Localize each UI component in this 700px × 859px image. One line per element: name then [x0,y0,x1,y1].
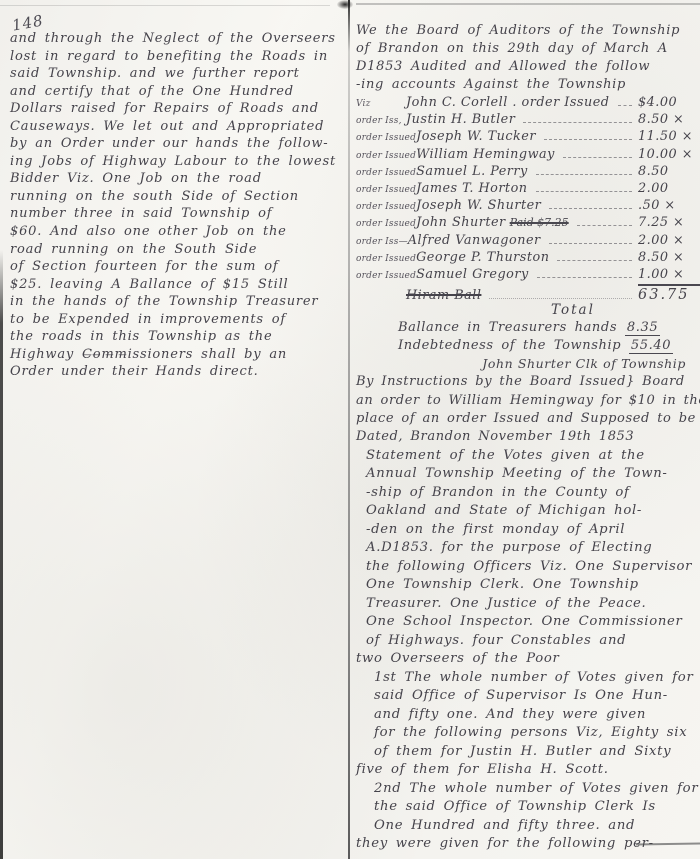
handwritten-line: the said Office of Township Clerk Is [356,798,700,817]
order-issued-annotation: order Issued [356,254,416,264]
handwritten-line: road running on the South Side [10,241,344,259]
amount-value: 8.50 [638,164,700,179]
page-149: 149 We the Board of Auditors of the Town… [354,0,700,859]
balance-value: 8.35 [625,320,660,336]
handwritten-line: number three in said Township of [10,205,344,223]
leader-line [537,277,632,278]
payee-name: Samuel Gregory [416,267,529,282]
handwritten-line: Treasurer. One Justice of the Peace. [356,595,700,614]
amount-value: 1.00 × [638,267,700,282]
auditors-intro-paragraph: We the Board of Auditors of the Township… [356,22,700,94]
handwritten-line: said Township. and we further report [10,65,344,83]
leader-line [563,157,632,158]
ledger-row: order Issued Joseph W. Shurter .50 × [356,198,700,215]
handwritten-line: Order under their Hands direct. [10,363,344,381]
amount-value: 8.50 × [638,250,700,265]
handwritten-line: the following Officers Viz. One Supervis… [356,558,700,577]
payee-name: George P. Thurston [416,250,549,265]
payee-name: Justin H. Butler [406,112,515,127]
handwritten-line: Causeways. We let out and Appropriated [10,118,344,136]
scan-top-edge-left [0,5,330,6]
indebtedness-label: Indebtedness of the Township [398,338,621,353]
leader-line [523,122,632,123]
board-instructions-paragraph: By Instructions by the Board Issued} Boa… [356,373,700,447]
payee-name-struck: Hiram Ball [406,288,481,303]
left-page-text: and through the Neglect of the Overseers… [10,30,344,381]
payee-name: Joseph W. Shurter [416,198,541,213]
leader-line [549,243,632,244]
handwritten-line: of Brandon on this 29th day of March A [356,40,700,58]
leader-line [557,260,632,261]
ledger-row: order Iss, Justin H. Butler 8.50 × [356,112,700,129]
handwritten-line: One School Inspector. One Commissioner [356,613,700,632]
handwritten-line: Annual Township Meeting of the Town- [356,465,700,484]
handwritten-line: to be Expended in improvements of [10,311,344,329]
leader-line [536,174,632,175]
order-issued-annotation: order Issued [356,151,416,161]
handwritten-line: Highway C̶o̶m̶m̶issioners shall by an [10,346,344,364]
leader-line [549,208,632,209]
amount-value: 2.00 [638,181,700,196]
handwritten-line: an order to William Hemingway for $10 in… [356,392,700,410]
handwritten-line: in the hands of the Township Treasurer [10,293,344,311]
handwritten-line: running on the south Side of Section [10,188,344,206]
ledger-row: order Issued William Hemingway 10.00 × [356,147,700,164]
amount-value: 63.75 [638,284,700,303]
payee-name: Alfred Vanwagoner [408,233,541,248]
payee-name: Joseph W. Tucker [416,129,536,144]
ledger-row: order Iss— Alfred Vanwagoner 2.00 × [356,233,700,250]
leader-line [577,225,632,226]
handwritten-line: Statement of the Votes given at the [356,447,700,466]
handwritten-line: of Section fourteen for the sum of [10,258,344,276]
handwritten-line: place of an order Issued and Supposed to… [356,410,700,428]
amount-value: 8.50 × [638,112,700,127]
handwritten-line: of them for Justin H. Butler and Sixty [356,743,700,762]
handwritten-line: Bidder Viz. One Job on the road [10,170,344,188]
payee-name: William Hemingway [416,147,555,162]
order-issued-annotation: order Issued [356,271,416,281]
statement-of-votes: Statement of the Votes given at the Annu… [356,447,700,854]
handwritten-line: five of them for Elisha H. Scott. [356,761,700,780]
total-label: Total [356,301,700,319]
ledger-row: order Issued John Shurter Paid $7.25 7.2… [356,215,700,232]
ledger-row: Viz John C. Corlell . order Issued $4.00 [356,95,700,112]
ledger-row: order Issued James T. Horton 2.00 [356,181,700,198]
ink-blot [337,0,353,9]
handwritten-line: and certify that of the One Hundred [10,83,344,101]
payee-name: Samuel L. Perry [416,164,528,179]
indebtedness-line: Indebtedness of the Township 55.40 [356,337,700,355]
handwritten-line: D1853 Audited and Allowed the follow [356,58,700,76]
handwritten-line: 1st The whole number of Votes given for … [356,669,700,688]
handwritten-line: We the Board of Auditors of the Township [356,22,700,40]
amount-value: 10.00 × [638,147,700,162]
order-issued-annotation: order Issued [356,185,416,195]
balance-line: Ballance in Treasurers hands 8.35 [356,319,700,337]
handwritten-line: said Office of Supervisor Is One Hun- [356,687,700,706]
handwritten-line: and fifty one. And they were given [356,706,700,725]
handwritten-line: lost in regard to benefiting the Roads i… [10,48,344,66]
handwritten-line: One Township Clerk. One Township [356,576,700,595]
ledger-row: order Issued Joseph W. Tucker 11.50 × [356,129,700,146]
handwritten-line: of Highways. four Constables and [356,632,700,651]
handwritten-line: -ing accounts Against the Township [356,76,700,94]
amount-value: 2.00 × [638,233,700,248]
ledger-scan: 148 and through the Neglect of the Overs… [0,0,700,859]
order-issued-annotation: order Iss, [356,116,406,126]
handwritten-line: Dated, Brandon November 19th 1853 [356,428,700,446]
scan-top-edge-right [356,3,700,5]
order-issued-annotation: order Issued [356,168,416,178]
payee-name: John C. Corlell . order Issued [406,95,610,110]
leader-line [536,191,632,192]
scan-left-edge [0,250,3,859]
balance-label: Ballance in Treasurers hands [398,320,617,335]
handwritten-line: and through the Neglect of the Overseers [10,30,344,48]
handwritten-line: for the following persons Viz, Eighty si… [356,724,700,743]
right-page-text: We the Board of Auditors of the Township… [356,22,700,854]
page-gutter-line [348,0,350,859]
handwritten-line: the roads in this Township as the [10,328,344,346]
handwritten-line: $60. And also one other Job on the [10,223,344,241]
ledger-row: order Issued Samuel L. Perry 8.50 [356,164,700,181]
payee-name: John Shurter [416,215,506,230]
handwritten-line: by an Order under our hands the follow- [10,135,344,153]
handwritten-line: -den on the first monday of April [356,521,700,540]
leader-line [618,105,633,106]
ledger-row: order Issued George P. Thurston 8.50 × [356,250,700,267]
order-issued-annotation: order Iss— [356,237,408,247]
amount-value: $4.00 [638,95,700,110]
leader-line [489,298,632,299]
order-issued-annotation: Viz [356,99,406,109]
handwritten-line: By Instructions by the Board Issued} Boa… [356,373,700,391]
accounts-ledger: Viz John C. Corlell . order Issued $4.00… [356,95,700,301]
amount-value: 7.25 × [638,215,700,230]
indebtedness-value: 55.40 [629,338,673,354]
order-issued-annotation: order Issued [356,202,416,212]
ledger-row: Hiram Ball 63.75 [356,284,700,301]
order-issued-annotation: order Issued [356,219,416,229]
ledger-row: order Issued Samuel Gregory 1.00 × [356,267,700,284]
handwritten-line: -ship of Brandon in the County of [356,484,700,503]
handwritten-line: Dollars raised for Repairs of Roads and [10,100,344,118]
clerk-signature: John Shurter Clk of Township [356,355,700,373]
paid-note-struck: Paid $7.25 [510,216,569,229]
handwritten-line: Oakland and State of Michigan hol- [356,502,700,521]
order-issued-annotation: order Issued [356,133,416,143]
handwritten-line: A.D1853. for the purpose of Electing [356,539,700,558]
amount-value: .50 × [638,198,700,213]
handwritten-line: ing Jobs of Highway Labour to the lowest [10,153,344,171]
page-148: 148 and through the Neglect of the Overs… [0,0,346,859]
handwritten-line: 2nd The whole number of Votes given for [356,780,700,799]
handwritten-line: two Overseers of the Poor [356,650,700,669]
handwritten-line: One Hundred and fifty three. and [356,817,700,836]
amount-value: 11.50 × [638,129,700,144]
handwritten-line: $25. leaving A Ballance of $15 Still [10,276,344,294]
leader-line [544,139,632,140]
payee-name: James T. Horton [416,181,527,196]
